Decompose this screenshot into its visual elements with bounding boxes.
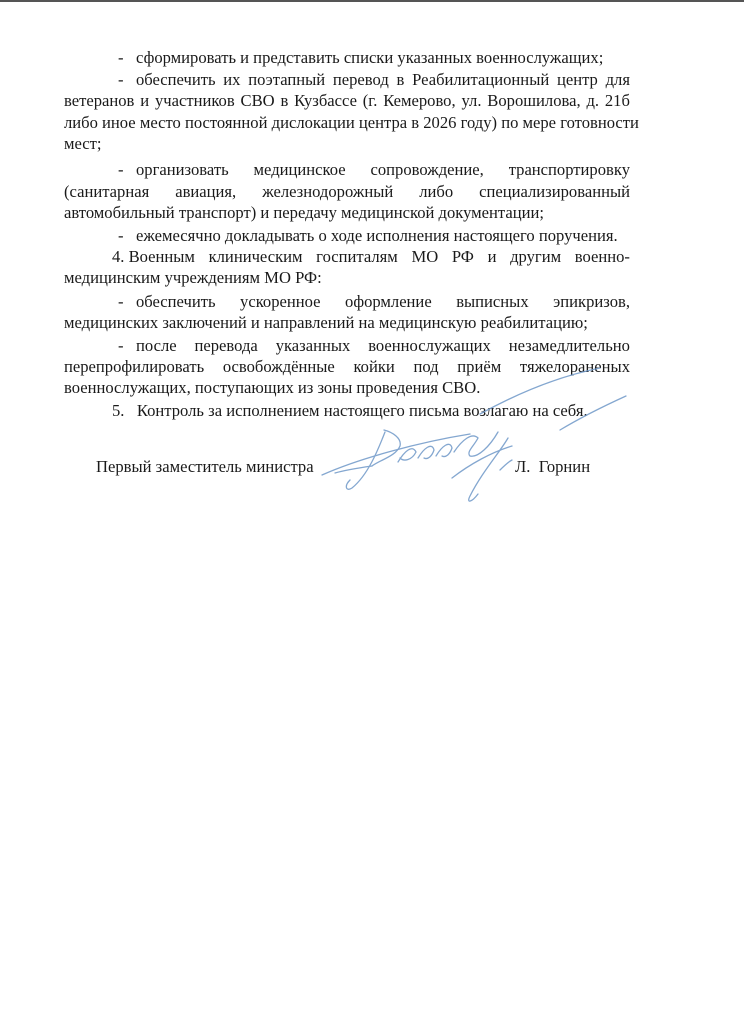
handwritten-signature-icon — [0, 0, 744, 1024]
